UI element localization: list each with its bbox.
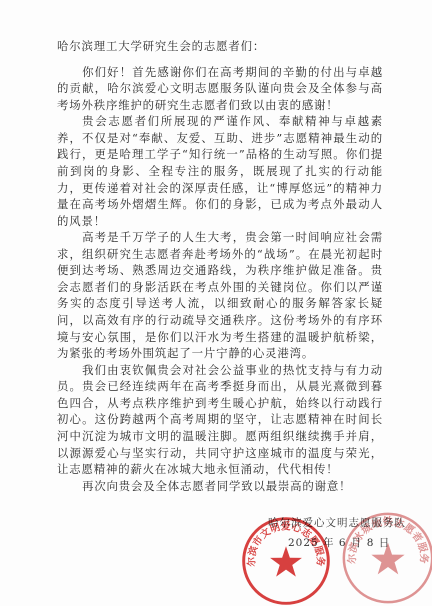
red-seal-stamp-icon-secondary: 哈尔滨冰城地铁志愿者服务队 [340, 510, 432, 606]
letter-body: 哈尔滨理工大学研究生会的志愿者们： 你们好！首先感谢你们在高考期间的辛勤的付出与… [57, 38, 383, 494]
paragraph-greeting: 你们好！首先感谢你们在高考期间的辛勤的付出与卓越的贡献，哈尔滨爱心文明志愿服务队… [57, 64, 383, 114]
paragraph-praise: 贵会志愿者们所展现的严谨作风、奉献精神与卓越素养，不仅是对“奉献、友爱、互助、进… [57, 113, 383, 229]
paragraph-closing: 再次向贵会及全体志愿者同学致以最崇高的谢意！ [57, 478, 383, 495]
salutation: 哈尔滨理工大学研究生会的志愿者们： [57, 38, 383, 55]
letter-page: 哈尔滨理工大学研究生会的志愿者们： 你们好！首先感谢你们在高考期间的辛勤的付出与… [0, 0, 432, 606]
red-seal-stamp-icon: 哈尔滨市文明爱心志愿服务队 [240, 515, 332, 606]
paragraph-appreciation: 我们由衷钦佩贵会对社会公益事业的热忱支持与有力动员。贵会已经连续两年在高考季挺身… [57, 362, 383, 478]
paragraph-gaokao-service: 高考是千万学子的人生大考，贵会第一时间响应社会需求，组织研究生志愿者奔赴考场外的… [57, 229, 383, 362]
